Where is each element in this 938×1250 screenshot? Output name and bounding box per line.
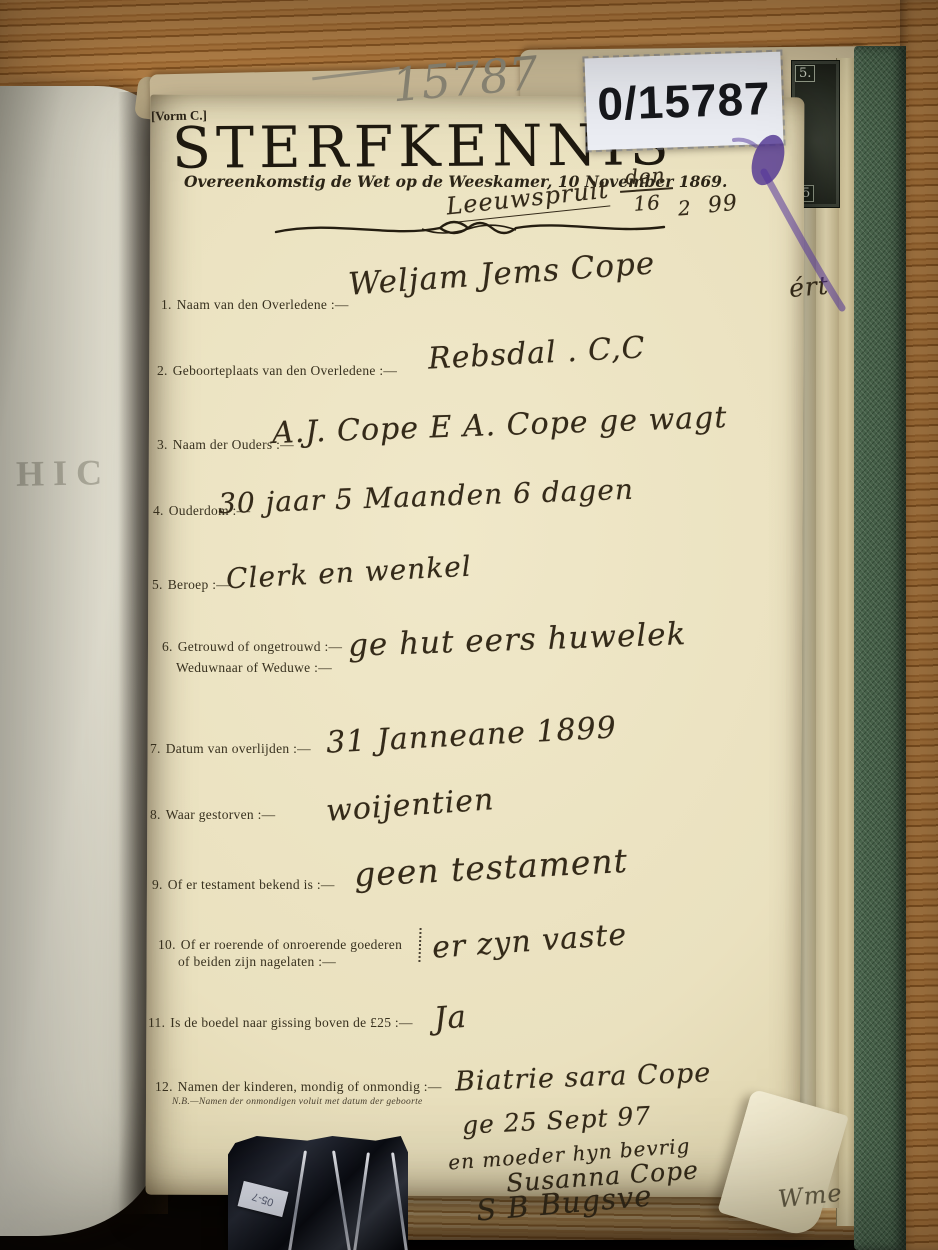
field-row: 7.Datum van overlijden :— [150,740,311,758]
photographed-death-notice: HIC 5. 5 15787 [Vorm C.] STERFKENNIS Ove… [0,0,938,1250]
field-label: Of er testament bekend is :— [168,877,335,892]
field-label: Waar gestorven :— [166,807,276,822]
underlying-page-edge [812,68,839,1208]
field-number: 9. [152,877,163,892]
field-number: 8. [150,807,161,822]
field-label: Is de boedel naar gissing boven de £25 :… [170,1015,413,1030]
handwritten-month: 2 [677,196,692,221]
field-number: 2. [157,363,168,378]
handwritten-den-day: den 16 [618,162,674,217]
page-edge-handwriting-fragment: ért [788,270,836,303]
left-page-emboss-text: HIC [16,451,112,495]
field-number: 7. [150,741,161,756]
stamp-value-top: 5. [795,65,815,82]
field-label: Getrouwd of ongetrouwd :— [178,639,343,654]
field-number: 4. [153,503,164,518]
field-label: Datum van overlijden :— [166,741,311,756]
field-number: 11. [148,1015,165,1030]
decorative-flourish [272,214,668,244]
field-row: 12.Namen der kinderen, mondig of onmondi… [155,1078,442,1096]
catalog-number-label: 0/15787 [584,52,783,151]
field-row: 8.Waar gestorven :— [150,806,275,824]
field-value-handwritten: Ja [433,999,468,1037]
handwritten-year: 99 [707,191,739,219]
field-number: 6. [162,639,173,654]
field-row: 10.Of er roerende of onroerende goederen [158,936,402,954]
field-label: Beroep :— [168,577,230,592]
field-label-line2: Weduwnaar of Weduwe :— [176,660,332,676]
field-number: 10. [158,937,176,952]
clip-sticker-text: 05-7 [251,1190,276,1209]
field-row: 1.Naam van den Overledene :— [161,296,349,314]
field-label: Naam van den Overledene :— [177,297,349,312]
field-row: 9.Of er testament bekend is :— [152,876,335,894]
field-row: 2.Geboorteplaats van den Overledene :— [157,362,397,380]
field-number: 1. [161,297,172,312]
field-row: 6.Getrouwd of ongetrouwd :— [162,638,342,656]
field-label: Of er roerende of onroerende goederen [181,937,402,952]
field-number: 12. [155,1079,173,1094]
field-note: N.B.—Namen der onmondigen voluit met dat… [172,1097,423,1107]
green-book-cover [854,46,906,1250]
field-row: 5.Beroep :— [152,576,230,594]
field-number: 5. [152,577,163,592]
field-number: 3. [157,437,168,452]
field-label: Geboorteplaats van den Overledene :— [173,363,397,378]
field-row: 11.Is de boedel naar gissing boven de £2… [148,1014,413,1032]
field-label-line2: of beiden zijn nagelaten :— [178,954,336,970]
catalog-number-text: 0/15787 [596,71,771,131]
field-label: Namen der kinderen, mondig of onmondig :… [178,1079,442,1094]
